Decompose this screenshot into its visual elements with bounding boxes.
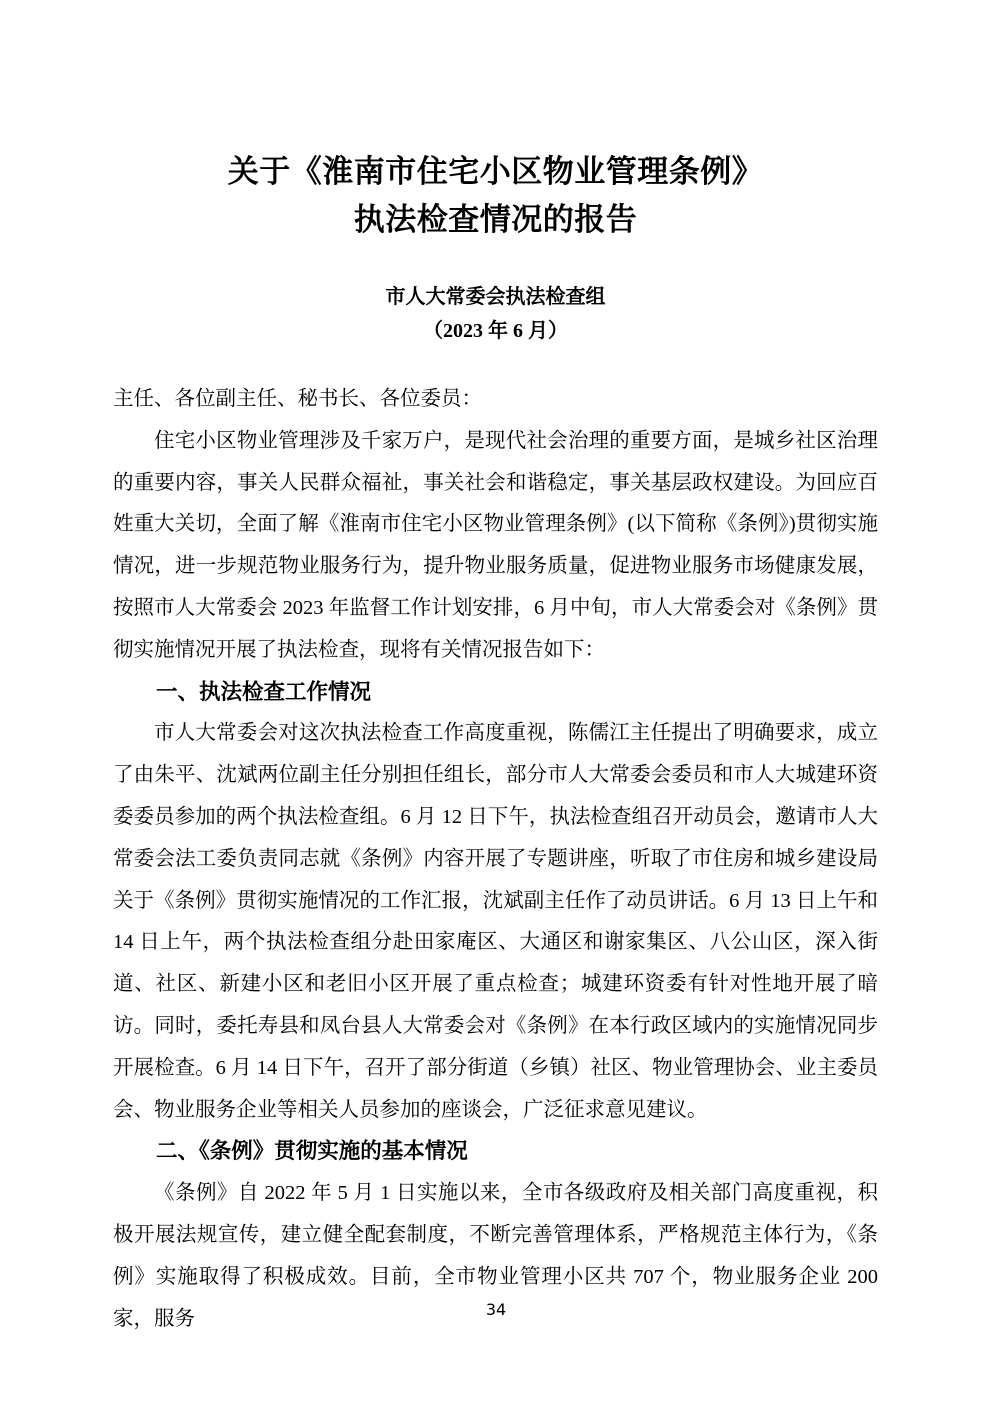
- document-title-line-2: 执法检查情况的报告: [113, 196, 878, 244]
- section-1-paragraph: 市人大常委会对这次执法检查工作高度重视，陈儒江主任提出了明确要求，成立了由朱平、…: [113, 713, 878, 1131]
- page-number: 34: [0, 1300, 992, 1320]
- document-page: 关于《淮南市住宅小区物业管理条例》 执法检查情况的报告 市人大常委会执法检查组 …: [0, 0, 992, 1403]
- document-body: 主任、各位副主任、秘书长、各位委员： 住宅小区物业管理涉及千家万户，是现代社会治…: [113, 379, 878, 1340]
- salutation-line: 主任、各位副主任、秘书长、各位委员：: [113, 379, 878, 421]
- section-1-heading: 一、执法检查工作情况: [113, 672, 878, 714]
- document-title-line-1: 关于《淮南市住宅小区物业管理条例》: [113, 148, 878, 196]
- intro-paragraph: 住宅小区物业管理涉及千家万户，是现代社会治理的重要方面，是城乡社区治理的重要内容…: [113, 421, 878, 672]
- document-dateline: （2023 年 6 月）: [113, 314, 878, 348]
- document-byline: 市人大常委会执法检查组: [113, 280, 878, 314]
- document-content: 关于《淮南市住宅小区物业管理条例》 执法检查情况的报告 市人大常委会执法检查组 …: [0, 0, 992, 1340]
- document-title: 关于《淮南市住宅小区物业管理条例》 执法检查情况的报告: [113, 0, 878, 244]
- section-2-heading: 二、《条例》贯彻实施的基本情况: [113, 1131, 878, 1173]
